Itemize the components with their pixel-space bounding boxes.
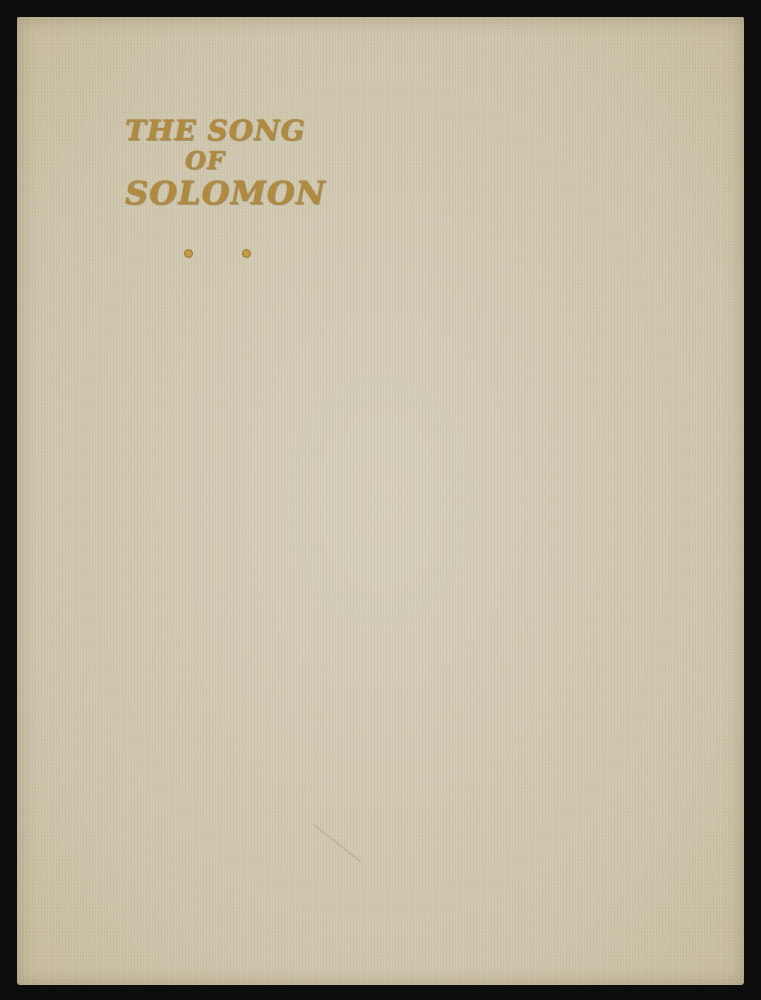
ornament-dots — [182, 249, 252, 259]
book-cover: THE SONG OF SOLOMON — [17, 17, 744, 985]
title-line-2: OF — [125, 147, 315, 175]
cover-title: THE SONG OF SOLOMON — [125, 115, 315, 211]
cloth-stain — [313, 824, 362, 863]
title-line-1: THE SONG — [125, 115, 315, 147]
ornament-dot-icon — [242, 249, 251, 258]
ornament-dot-icon — [184, 249, 193, 258]
title-line-3: SOLOMON — [125, 175, 315, 211]
